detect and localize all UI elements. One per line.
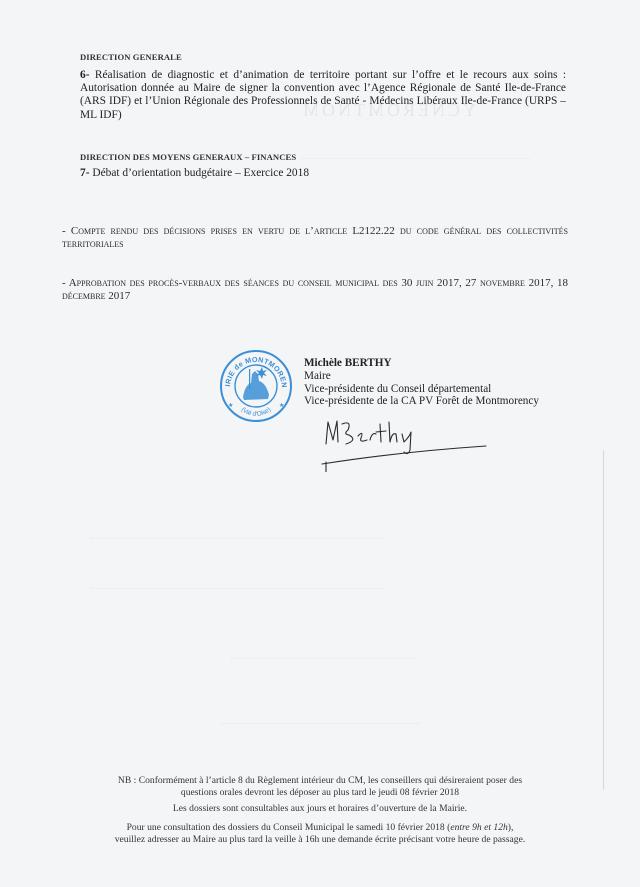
bullet-compte-rendu: - Compte rendu des décisions prises en v…	[62, 225, 568, 250]
item-number: 6-	[80, 69, 90, 81]
agenda-item-6: 6- Réalisation de diagnostic et d’animat…	[80, 69, 566, 122]
item-text: Réalisation de diagnostic et d’animation…	[80, 69, 566, 121]
scan-edge-line	[603, 450, 604, 790]
section-title-direction-generale: DIRECTION GENERALE	[80, 52, 182, 62]
section-title-moyens-generaux-finances: DIRECTION DES MOYENS GENERAUX – FINANCES	[80, 152, 296, 162]
item-number: 7-	[80, 167, 90, 179]
handwritten-signature-icon	[318, 416, 508, 472]
consultation-notice: Les dossiers sont consultables aux jours…	[60, 803, 580, 815]
saturday-line: Pour une consultation des dossiers du Co…	[60, 822, 580, 834]
bleed-through-text: ........................................…	[300, 150, 531, 162]
svg-text:(Val d'Oise): (Val d'Oise)	[240, 406, 273, 418]
nb-line: NB : Conformément à l’article 8 du Règle…	[60, 775, 580, 787]
saturday-hours: entre 9h et 12h	[450, 822, 507, 833]
item-text: Débat d’orientation budgétaire – Exercic…	[92, 167, 309, 179]
bleed-through-text: ........................................…	[90, 530, 387, 542]
saturday-line: veuillez adresser au Maire au plus tard …	[60, 834, 580, 846]
saturday-text: ),	[508, 822, 514, 833]
saturday-consultation-notice: Pour une consultation des dossiers du Co…	[60, 822, 580, 846]
bleed-through-text: ........................................…	[220, 715, 421, 727]
signer-name: Michèle BERTHY	[304, 357, 539, 370]
signer-block: Michèle BERTHY Maire Vice-présidente du …	[304, 357, 539, 408]
agenda-item-7: 7- Débat d’orientation budgétaire – Exer…	[80, 167, 566, 180]
signer-title: Maire	[304, 370, 539, 383]
nb-questions-orales: NB : Conformément à l’article 8 du Règle…	[60, 775, 580, 799]
bleed-through-text: ........................................…	[90, 580, 387, 592]
bleed-through-text: ........................................…	[230, 650, 417, 662]
saturday-text: Pour une consultation des dossiers du Co…	[127, 822, 451, 833]
bullet-approbation-pv: - Approbation des procès-verbaux des séa…	[62, 277, 568, 302]
svg-text:★: ★	[279, 402, 284, 409]
mairie-stamp-icon: MAIRIE de MONTMORENCY (Val d'Oise) ★ ★	[219, 347, 293, 425]
nb-line: questions orales devront les déposer au …	[60, 787, 580, 799]
signer-title: Vice-présidente de la CA PV Forêt de Mon…	[304, 395, 539, 408]
svg-text:★: ★	[228, 402, 233, 409]
signer-title: Vice-présidente du Conseil départemental	[304, 383, 539, 396]
scanned-document-page: YCNEROMTNOM ............................…	[0, 0, 640, 887]
